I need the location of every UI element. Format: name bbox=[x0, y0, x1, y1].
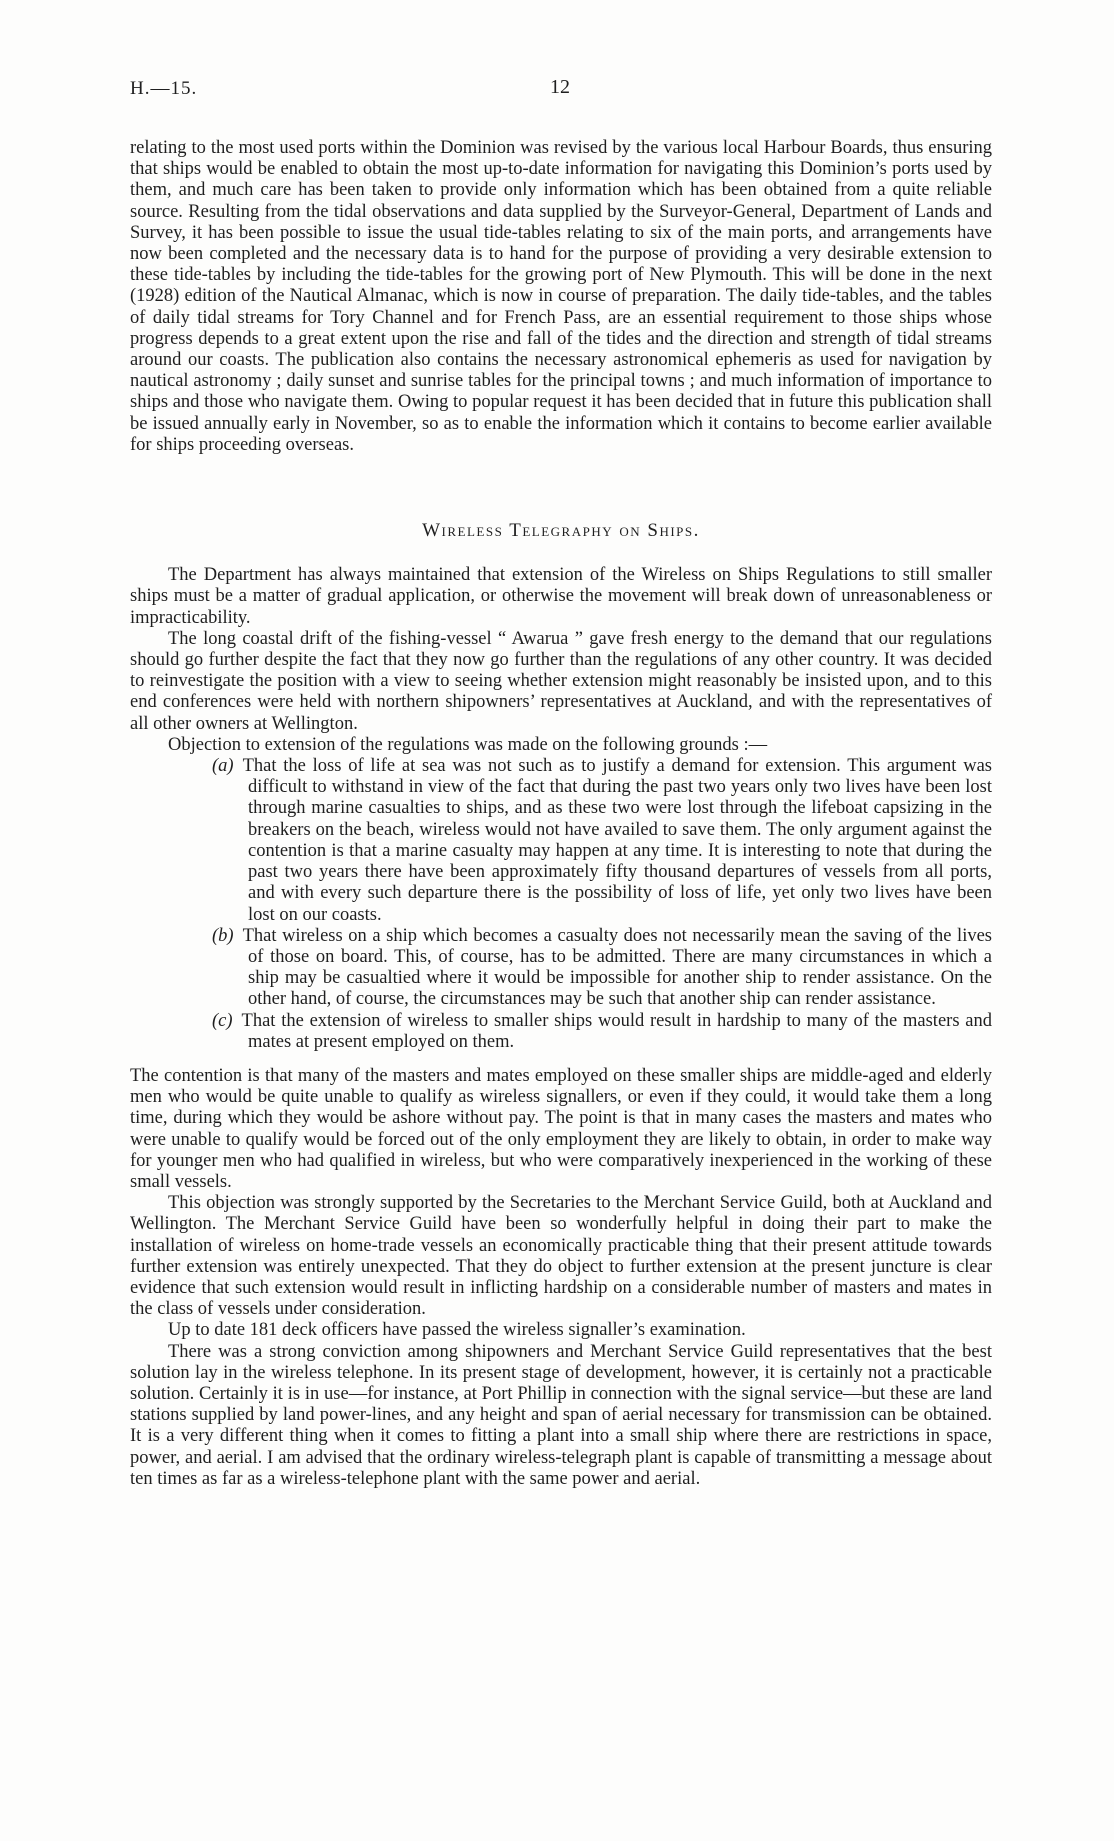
paragraph-awarua-drift: The long coastal drift of the fishing-ve… bbox=[130, 629, 992, 735]
document-body: relating to the most used ports within t… bbox=[130, 138, 992, 1490]
paragraph-wireless-telephone: There was a strong conviction among ship… bbox=[130, 1342, 992, 1490]
ground-label-b: (b) bbox=[212, 926, 234, 946]
paragraph-objection-intro: Objection to extension of the regulation… bbox=[130, 735, 992, 756]
ground-item-a: (a)That the loss of life at sea was not … bbox=[130, 756, 992, 926]
ground-label-a: (a) bbox=[212, 756, 234, 776]
paragraph-contention: The contention is that many of the maste… bbox=[130, 1066, 992, 1193]
ground-text-b: That wireless on a ship which becomes a … bbox=[243, 926, 992, 1010]
ground-label-c: (c) bbox=[212, 1011, 233, 1031]
paragraph-deck-officers: Up to date 181 deck officers have passed… bbox=[130, 1320, 992, 1341]
section-heading: Wireless Telegraphy on Ships. bbox=[130, 520, 992, 541]
ground-text-a: That the loss of life at sea was not suc… bbox=[243, 756, 992, 924]
page-header: H.—15. 12 bbox=[130, 78, 990, 104]
continuation-paragraph: relating to the most used ports within t… bbox=[130, 138, 992, 456]
ground-item-c: (c)That the extension of wireless to sma… bbox=[130, 1011, 992, 1053]
scanned-document-page: H.—15. 12 relating to the most used port… bbox=[0, 0, 1114, 1841]
paragraph-department-position: The Department has always maintained tha… bbox=[130, 565, 992, 629]
paragraph-guild-support: This objection was strongly supported by… bbox=[130, 1193, 992, 1320]
page-number: 12 bbox=[130, 76, 990, 99]
ground-text-c: That the extension of wireless to smalle… bbox=[242, 1011, 992, 1052]
ground-item-b: (b)That wireless on a ship which becomes… bbox=[130, 926, 992, 1011]
